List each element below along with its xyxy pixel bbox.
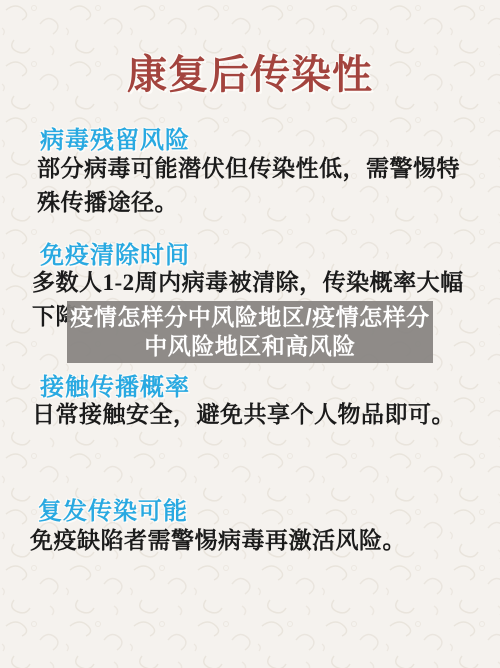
- section-body-relapse-infection-possibility: 免疫缺陷者需警惕病毒再激活风险。: [30, 524, 490, 558]
- section-heading-relapse-infection-possibility: 复发传染可能: [38, 500, 188, 524]
- watermark-line-2: 中风险地区和高风险: [67, 332, 433, 361]
- section-body-virus-residual-risk: 部分病毒可能潜伏但传染性低，需警惕特殊传播途径。: [37, 152, 477, 220]
- watermark-overlay: 疫情怎样分中风险地区/疫情怎样分 中风险地区和高风险: [67, 301, 433, 363]
- page-title: 康复后传染性: [0, 55, 500, 95]
- watermark-line-1: 疫情怎样分中风险地区/疫情怎样分: [67, 303, 433, 332]
- section-heading-immune-clearance-time: 免疫清除时间: [40, 244, 190, 268]
- section-heading-contact-transmission-probability: 接触传播概率: [40, 376, 190, 400]
- section-body-contact-transmission-probability: 日常接触安全，避免共享个人物品即可。: [32, 398, 492, 432]
- section-heading-virus-residual-risk: 病毒残留风险: [40, 129, 190, 153]
- poster-canvas: 康复后传染性 病毒残留风险 部分病毒可能潜伏但传染性低，需警惕特殊传播途径。 免…: [0, 0, 500, 668]
